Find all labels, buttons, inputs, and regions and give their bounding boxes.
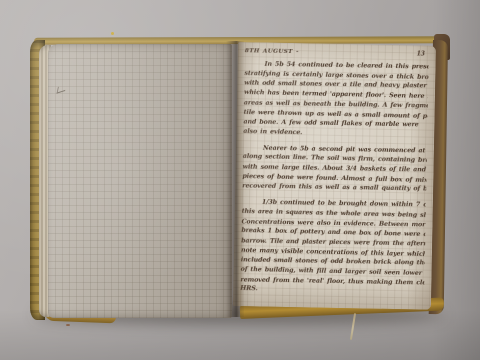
handwritten-entry: 8TH AUGUST - 13 In 5b 54 continued to be… [240, 45, 429, 301]
page-number: 13 [417, 50, 425, 58]
pen-tick-mark [57, 84, 67, 94]
photo-background: 8TH AUGUST - 13 In 5b 54 continued to be… [0, 0, 480, 360]
paragraph: In 5b 54 continued to be cleared in this… [243, 59, 428, 140]
page-header: 8TH AUGUST - 13 [245, 47, 429, 59]
surface-speck [66, 324, 70, 326]
right-page: 8TH AUGUST - 13 In 5b 54 continued to be… [233, 42, 436, 310]
entry-heading: 8TH AUGUST - [245, 47, 299, 56]
dust-speck [111, 32, 114, 35]
paragraph: Nearer to 5b a second pit was commenced … [242, 143, 427, 195]
left-page [48, 44, 232, 318]
paragraph: 1/3b continued to be brought down within… [240, 197, 426, 298]
handwriting-line: recovered from this as well as a small q… [242, 182, 426, 195]
